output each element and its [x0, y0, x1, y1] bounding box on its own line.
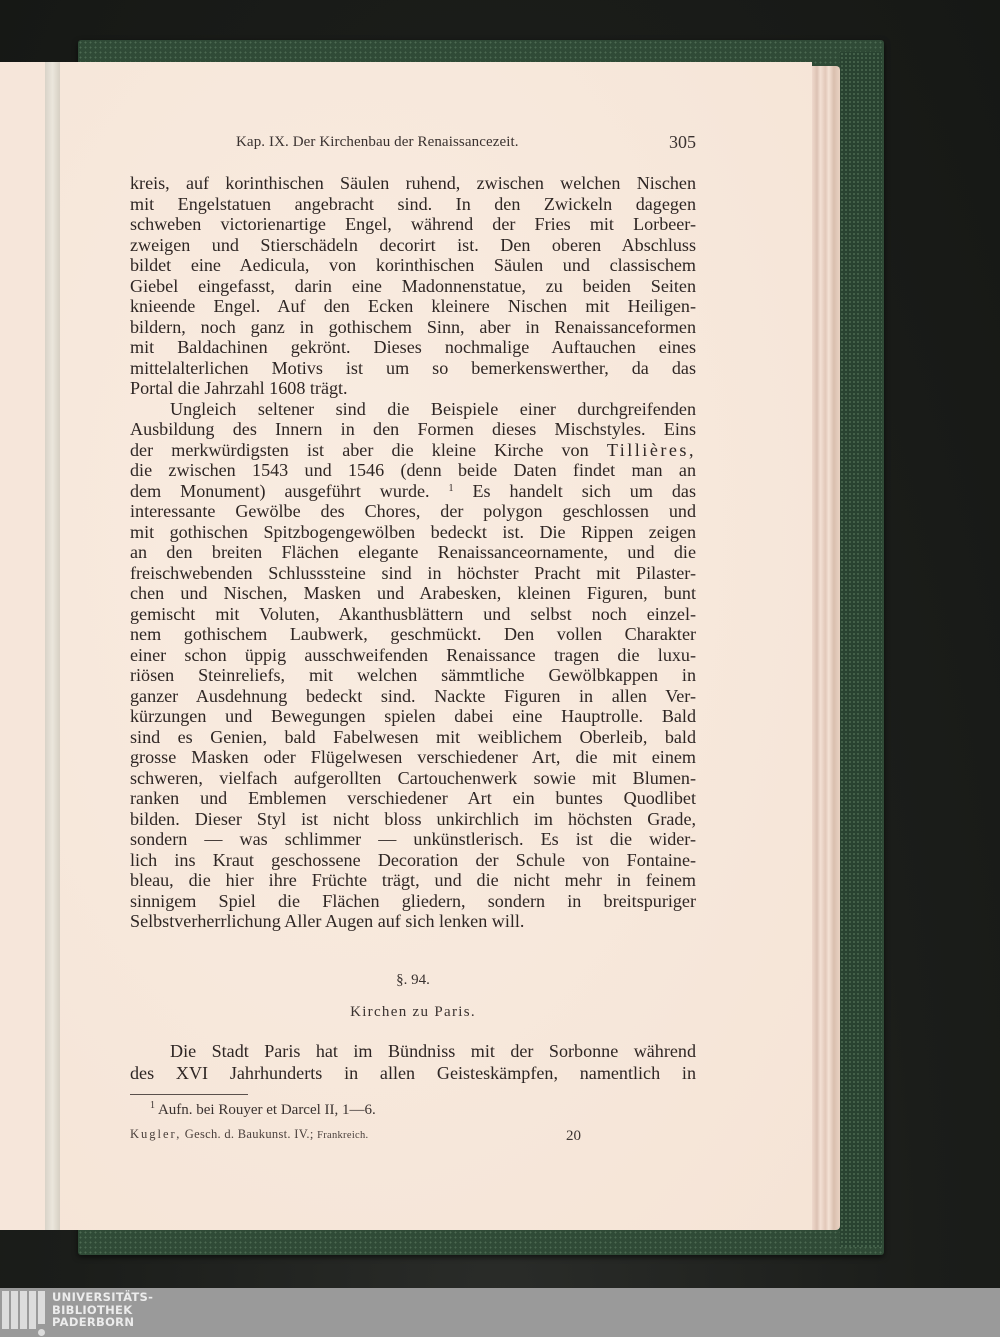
text-line: knieende Engel. Auf den Ecken kleinere N… [130, 296, 696, 317]
text-line: Portal die Jahrzahl 1608 trägt. [130, 378, 696, 399]
text-line: Selbstverherrlichung Aller Augen auf sic… [130, 911, 696, 932]
text-line: bleau, die hier ihre Früchte trägt, und … [130, 870, 696, 891]
text-line: die zwischen 1543 und 1546 (denn beide D… [130, 460, 696, 481]
printer-signature: Kugler, Gesch. d. Baukunst. IV.; Frankre… [130, 1127, 368, 1142]
text-line: zweigen und Stierschädeln decorirt ist. … [130, 235, 696, 256]
section-text: Die Stadt Paris hat im Bündniss mit der … [130, 1040, 696, 1084]
text-line: einer schon üppig ausschweifenden Renais… [130, 645, 696, 666]
text-line: lich ins Kraut geschossene Decoration de… [130, 850, 696, 871]
left-page-edge [0, 62, 46, 1230]
book-gutter [45, 62, 60, 1230]
signature-text: Gesch. d. Baukunst. IV.; [185, 1127, 314, 1141]
text-line: Die Stadt Paris hat im Bündniss mit der … [130, 1040, 696, 1062]
text-line: kreis, auf korinthischen Säulen ruhend, … [130, 173, 696, 194]
text-line: interessante Gewölbe des Chores, der pol… [130, 501, 696, 522]
text-line: schweben victorienartige Engel, während … [130, 214, 696, 235]
watermark-line: PADERBORN [52, 1316, 153, 1329]
running-head: Kap. IX. Der Kirchenbau der Renaissancez… [130, 132, 696, 156]
footnote-marker: 1 [150, 1100, 155, 1111]
text-line: dem Monument) ausgeführt wurde. 1 Es han… [130, 481, 696, 502]
text-line: an den breiten Flächen elegante Renaissa… [130, 542, 696, 563]
section-number: §. 94. [130, 972, 696, 989]
text-line: grosse Masken oder Flügelwesen verschied… [130, 747, 696, 768]
text-line: ganzer Ausdehnung bedeckt sind. Nackte F… [130, 686, 696, 707]
main-text: kreis, auf korinthischen Säulen ruhend, … [130, 173, 696, 932]
text-line: kürzungen und Bewegungen spielen dabei e… [130, 706, 696, 727]
watermark-line: UNIVERSITÄTS- [52, 1291, 153, 1304]
signature-small: Frankreich. [317, 1130, 368, 1141]
text-segment: dem Monument) ausgeführt wurde. [130, 481, 430, 501]
logo-dot-icon [38, 1329, 45, 1336]
page-edges [812, 66, 840, 1230]
text-line: bilden. Dieser Styl ist nicht bloss unki… [130, 809, 696, 830]
text-line: des XVI Jahrhunderts in allen Geisteskäm… [130, 1062, 696, 1084]
text-line: Ausbildung des Innern in den Formen dies… [130, 419, 696, 440]
text-line: der merkwürdigsten ist aber die kleine K… [130, 440, 696, 461]
book-cover-edge [840, 52, 882, 1247]
text-line: bildern, noch ganz in gothischem Sinn, a… [130, 317, 696, 338]
text-line: Ungleich seltener sind die Beispiele ein… [130, 399, 696, 420]
text-line: nem gothischem Laubwerk, geschmückt. Den… [130, 624, 696, 645]
text-line: freischwebenden Schlusssteine sind in hö… [130, 563, 696, 584]
place-name-spaced: Tillières, [607, 440, 696, 460]
text-line: mit Baldachinen gekrönt. Dieses nochmali… [130, 337, 696, 358]
footnote-ref[interactable]: 1 [449, 483, 454, 494]
text-line: chen und Nischen, Masken und Arabesken, … [130, 583, 696, 604]
text-line: ranken und Emblemen verschiedener Art ei… [130, 788, 696, 809]
chapter-title: Kap. IX. Der Kirchenbau der Renaissancez… [236, 134, 519, 151]
footnote-text: Aufn. bei Rouyer et Darcel II, 1—6. [158, 1102, 376, 1118]
text-line: mittelalterlichen Motivs ist um so bemer… [130, 358, 696, 379]
footnote-divider [130, 1094, 248, 1095]
section-title: Kirchen zu Paris. [130, 1004, 696, 1021]
text-line: mit gothischen Spitzbogengewölben bedeck… [130, 522, 696, 543]
text-line: sinnigem Spiel die Flächen gliedern, son… [130, 891, 696, 912]
text-line: mit Engelstatuen angebracht sind. In den… [130, 194, 696, 215]
footnote: 1 Aufn. bei Rouyer et Darcel II, 1—6. [150, 1102, 376, 1119]
sheet-number: 20 [566, 1128, 581, 1145]
text-segment: Es handelt sich um das [472, 481, 696, 501]
text-line: schweren, vielfach aufgerollten Cartouch… [130, 768, 696, 789]
text-line: sondern — was schlimmer — unkünstlerisch… [130, 829, 696, 850]
text-line: sind es Genien, bald Fabelwesen mit weib… [130, 727, 696, 748]
signature-author: Kugler, [130, 1127, 181, 1141]
text-line: Giebel eingefasst, darin eine Madonnenst… [130, 276, 696, 297]
text-segment: der merkwürdigsten ist aber die kleine K… [130, 440, 589, 460]
library-watermark: UNIVERSITÄTS- BIBLIOTHEK PADERBORN [52, 1291, 153, 1329]
text-line: gemischt mit Voluten, Akanthusblättern u… [130, 604, 696, 625]
text-line: bildet eine Aedicula, von korinthischen … [130, 255, 696, 276]
page-number: 305 [669, 132, 696, 153]
text-line: riösen Steinreliefs, mit welchen sämmtli… [130, 665, 696, 686]
